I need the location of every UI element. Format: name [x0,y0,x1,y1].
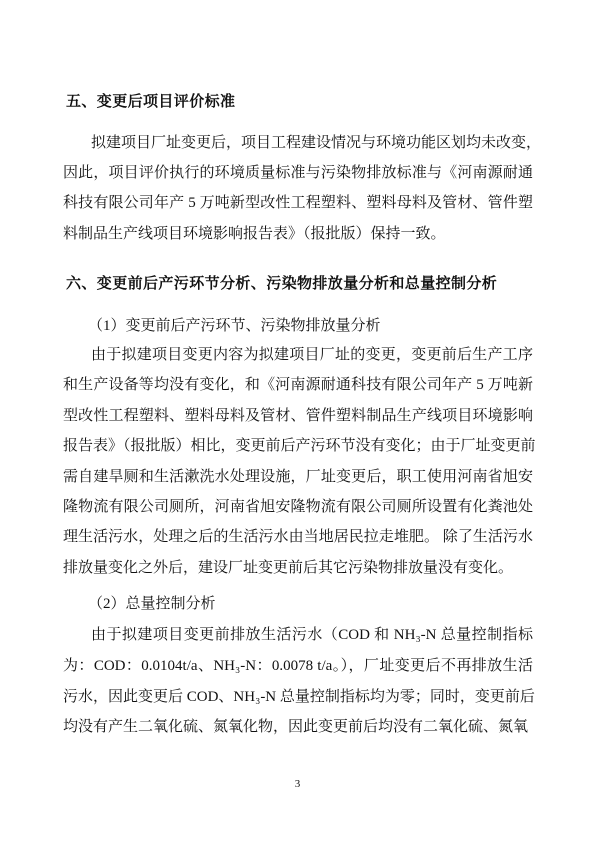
section-6-heading: 六、变更前后产污环节分析、污染物排放量分析和总量控制分析 [66,272,497,293]
document-page: { "page": { "number": "3", "background_c… [0,0,595,841]
paragraph-line: 型改性工程塑料、塑料母料及管材、管件塑料制品生产线项目环境影响 [63,401,533,431]
paragraph-line: 报告表》（报批版）相比，变更前后产污环节没有变化；由于厂址变更前 [63,431,533,461]
paragraph-line: 拟建项目厂址变更后，项目工程建设情况与环境功能区划均未改变， [63,128,533,158]
paragraph-line: 科技有限公司年产 5 万吨新型改性工程塑料、塑料母料及管材、管件塑 [63,188,533,218]
section-6-item-1-heading: （1）变更前后产污环节、污染物排放量分析 [63,314,558,335]
page-number: 3 [0,778,595,790]
paragraph-line: 由于拟建项目变更内容为拟建项目厂址的变更，变更前后生产工序 [63,340,533,370]
paragraph-line: 需自建旱厕和生活漱洗水处理设施，厂址变更后，职工使用河南省旭安 [63,462,533,492]
paragraph-line: 和生产设备等均没有变化，和《河南源耐通科技有限公司年产 5 万吨新 [63,370,533,400]
paragraph-line: 均没有产生二氧化硫、氮氧化物，因此变更前后均没有二氧化硫、氮氧 [63,712,533,743]
section-5-heading: 五、变更后项目评价标准 [66,90,235,111]
paragraph-line: 排放量变化之外后，建设厂址变更前后其它污染物排放量没有变化。 [63,553,533,583]
section-6-item-2-paragraph: 由于拟建项目变更前排放生活污水（COD 和 NH₃-N 总量控制指标 为：COD… [63,620,533,743]
section-6-item-1-paragraph: 由于拟建项目变更内容为拟建项目厂址的变更，变更前后生产工序 和生产设备等均没有变… [63,340,533,583]
section-5-paragraph: 拟建项目厂址变更后，项目工程建设情况与环境功能区划均未改变， 因此，项目评价执行… [63,128,533,249]
section-6-item-2-heading: （2）总量控制分析 [63,592,558,613]
paragraph-line: 隆物流有限公司厕所，河南省旭安隆物流有限公司厕所设置有化粪池处 [63,492,533,522]
paragraph-line: 为：COD：0.0104t/a、NH₃-N：0.0078 t/a。），厂址变更后… [63,651,533,682]
paragraph-line: 料制品生产线项目环境影响报告表》（报批版）保持一致。 [63,219,533,249]
paragraph-line: 理生活污水，处理之后的生活污水由当地居民拉走堆肥。 除了生活污水 [63,522,533,552]
paragraph-line: 由于拟建项目变更前排放生活污水（COD 和 NH₃-N 总量控制指标 [63,620,533,651]
paragraph-line: 污水，因此变更后 COD、NH₃-N 总量控制指标均为零；同时，变更前后 [63,682,533,713]
paragraph-line: 因此，项目评价执行的环境质量标准与污染物排放标准与《河南源耐通 [63,158,533,188]
